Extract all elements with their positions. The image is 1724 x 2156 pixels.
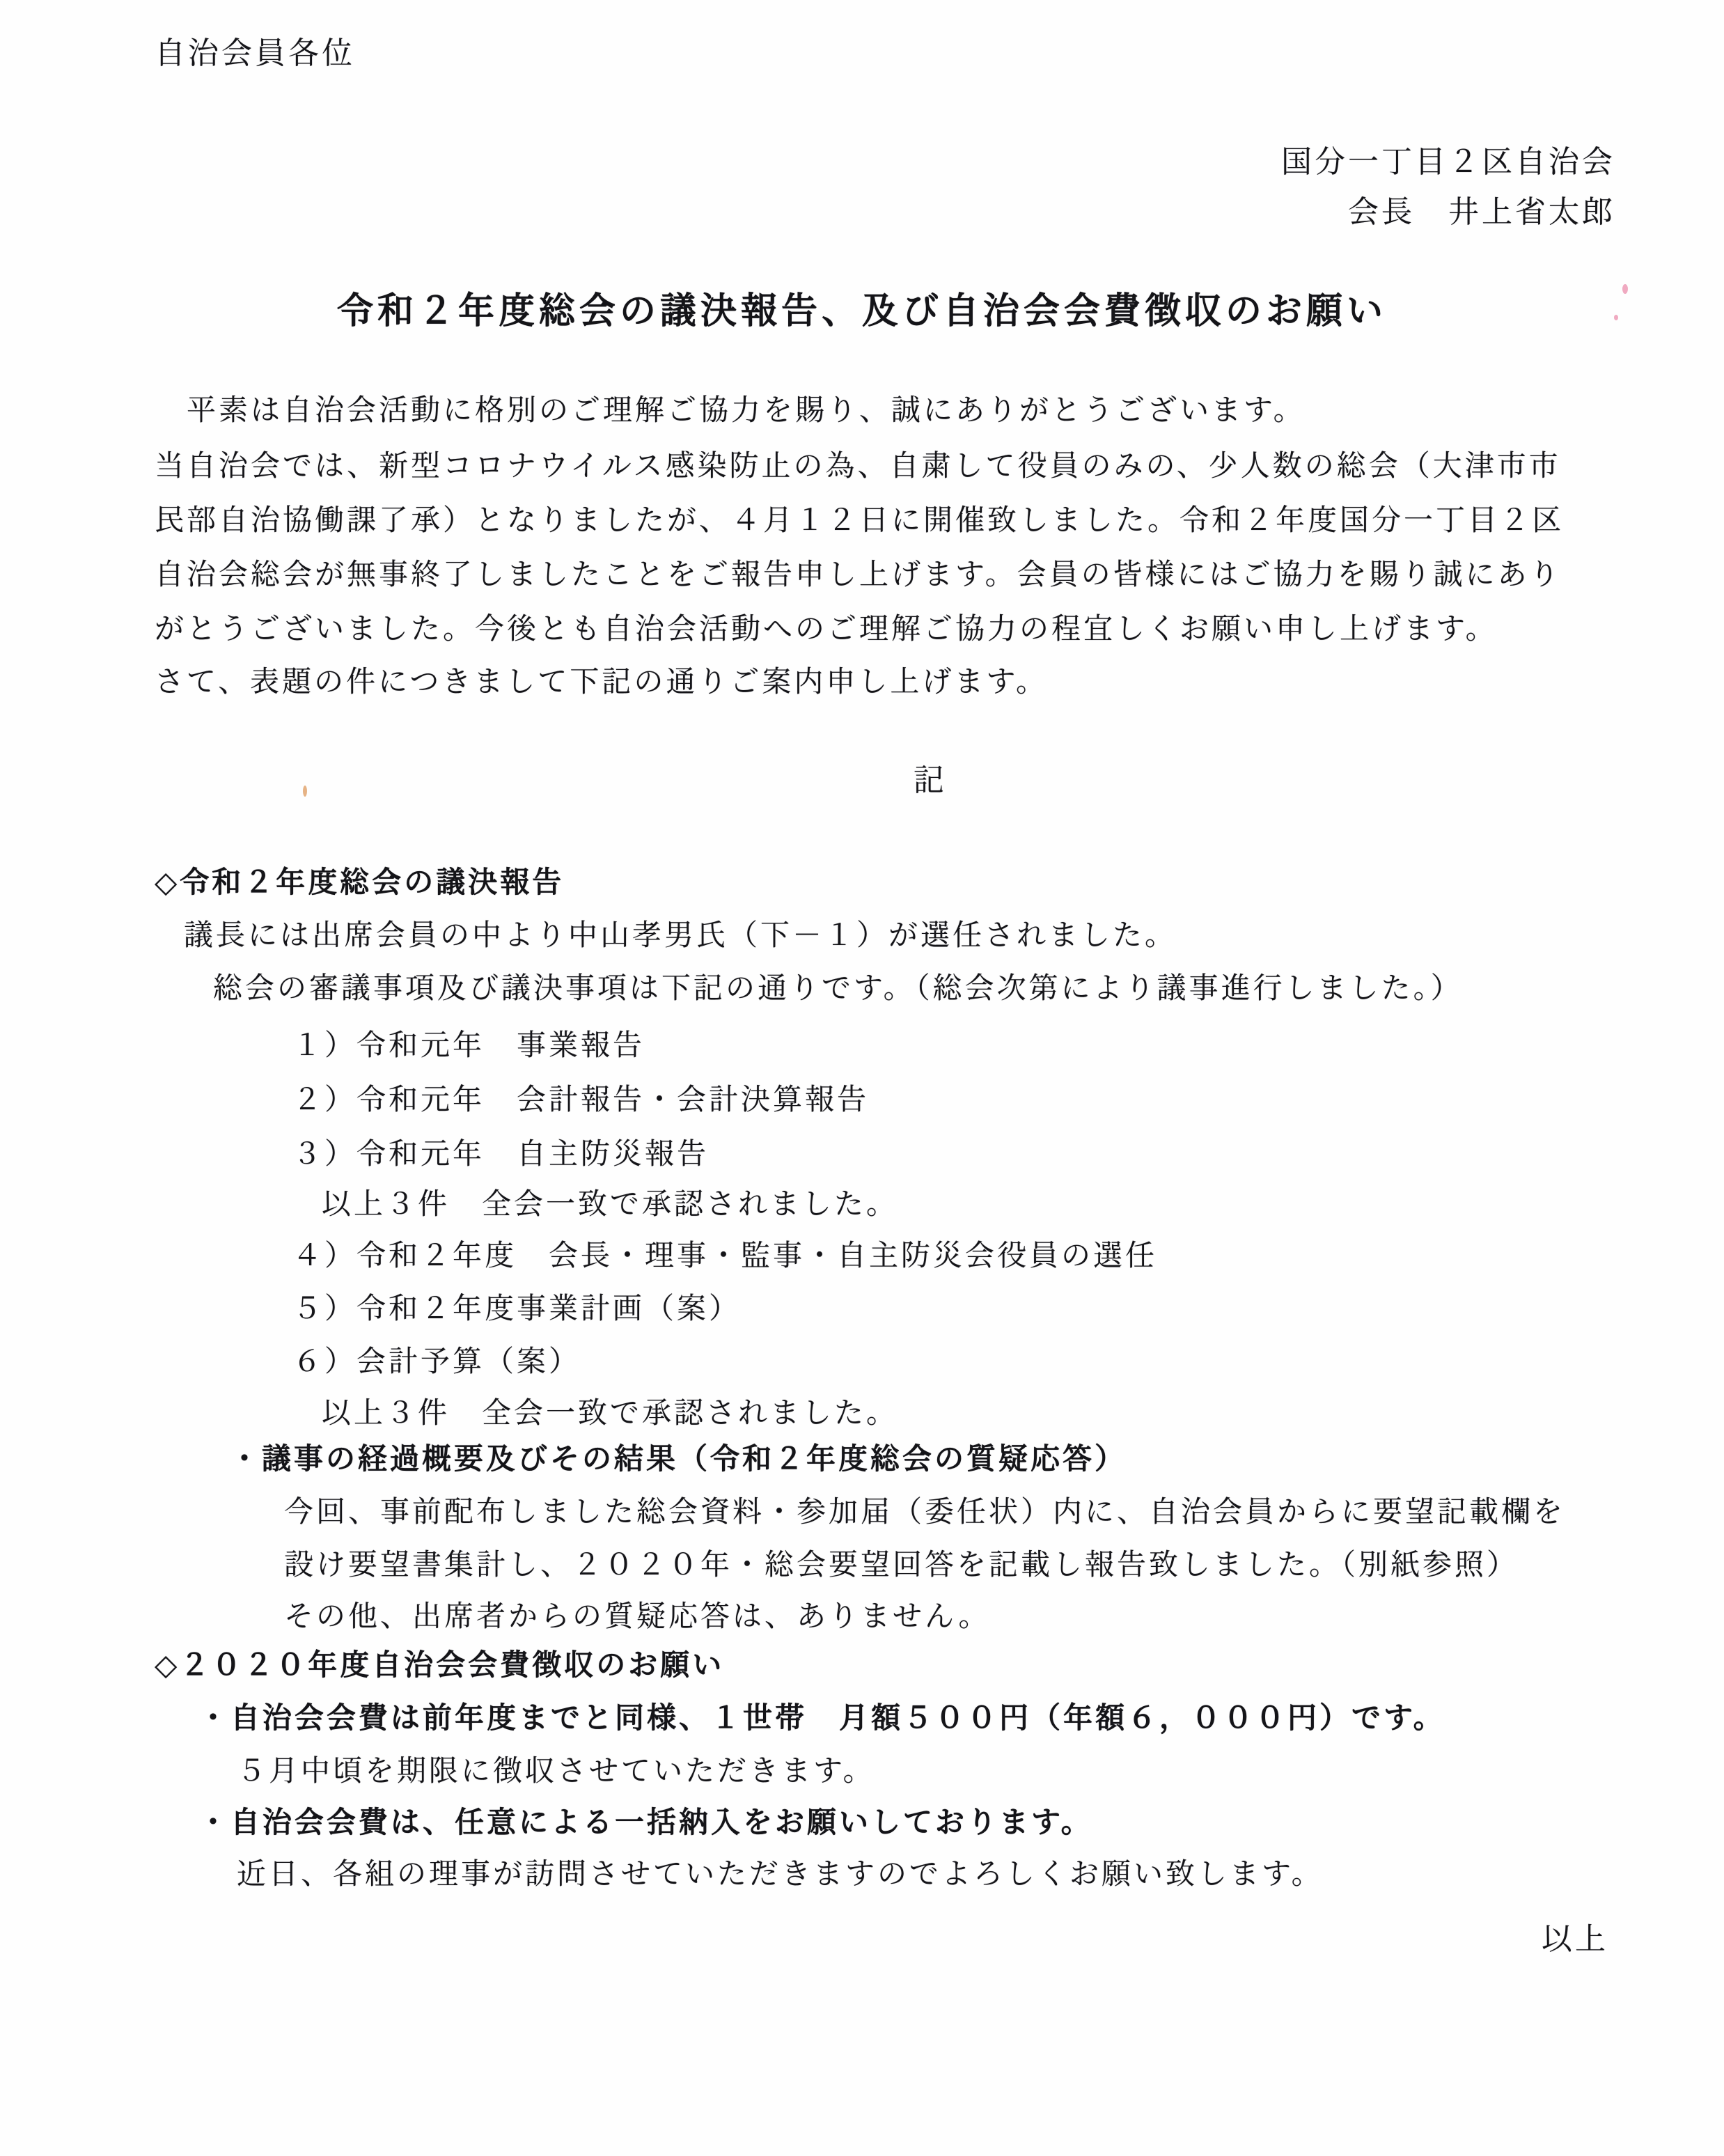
approval-statement: 以上３件 全会一致で承認されました。 — [322, 1397, 898, 1430]
intro-line: 当自治会では、新型コロナウイルス感染防止の為、自粛して役員のみの、少人数の総会（… — [155, 450, 1561, 483]
agenda-intro-line: 総会の審議事項及び議決事項は下記の通りです。（総会次第により議事進行しました。） — [213, 972, 1463, 1006]
intro-line: 平素は自治会活動に格別のご理解ご協力を賜り、誠にありがとうございます。 — [155, 394, 1306, 428]
proceedings-line: その他、出席者からの質疑応答は、ありません。 — [284, 1600, 991, 1634]
document-title: 令和２年度総会の議決報告、及び自治会会費徴収のお願い — [0, 291, 1724, 333]
intro-line: 民部自治協働課了承）となりましたが、４月１２日に開催致しました。令和２年度国分一… — [155, 504, 1564, 538]
record-marker: 記 — [914, 763, 947, 799]
fee-line: ・自治会会費は、任意による一括納入をお願いしております。 — [198, 1806, 1093, 1840]
intro-line: さて、表題の件につきまして下記の通りご案内申し上げます。 — [155, 666, 1048, 699]
chair-appointment-line: 議長には出席会員の中より中山孝男氏（下－１）が選任されました。 — [184, 919, 1177, 953]
resolution-section-heading: ◇令和２年度総会の議決報告 — [155, 866, 564, 900]
intro-line: がとうございました。今後とも自治会活動へのご理解ご協力の程宜しくお願い申し上げま… — [155, 613, 1498, 646]
fee-line: 近日、各組の理事が訪問させていただきますのでよろしくお願い致します。 — [237, 1858, 1324, 1891]
scanned-letter-page: 自治会員各位 国分一丁目２区自治会 会長 井上省太郎 令和２年度総会の議決報告、… — [0, 0, 1724, 2156]
agenda-item: ３）令和元年 自主防災報告 — [292, 1138, 709, 1171]
proceedings-heading: ・議事の経過概要及びその結果（令和２年度総会の質疑応答） — [230, 1443, 1127, 1476]
agenda-item: １）令和元年 事業報告 — [292, 1029, 645, 1063]
agenda-item: ５）令和２年度事業計画（案） — [292, 1292, 741, 1326]
approval-statement: 以上３件 全会一致で承認されました。 — [322, 1188, 898, 1221]
sender-president: 会長 井上省太郎 — [1348, 195, 1615, 231]
proceedings-line: 今回、事前配布しました総会資料・参加届（委任状）内に、自治会員からに要望記載欄を — [284, 1496, 1565, 1529]
proceedings-line: 設け要望書集計し、２０２０年・総会要望回答を記載し報告致しました。（別紙参照） — [284, 1549, 1519, 1582]
agenda-item: ４）令和２年度 会長・理事・監事・自主防災会役員の選任 — [292, 1240, 1157, 1273]
closing-marker: 以上 — [1542, 1922, 1608, 1958]
intro-line: 自治会総会が無事終了しましたことをご報告申し上げます。会員の皆様にはご協力を賜り… — [155, 558, 1562, 592]
scan-artifact — [303, 786, 307, 797]
fee-section-heading: ◇２０２０年度自治会会費徴収のお願い — [155, 1649, 724, 1682]
fee-line: ・自治会会費は前年度までと同様、１世帯 月額５００円（年額６，０００円）です。 — [198, 1702, 1445, 1735]
agenda-item: ６）会計予算（案） — [292, 1345, 581, 1379]
scan-artifact — [1622, 284, 1628, 294]
scan-artifact — [1614, 315, 1618, 320]
fee-line: ５月中頃を期限に徴収させていただきます。 — [237, 1755, 875, 1788]
recipient-line: 自治会員各位 — [155, 36, 355, 72]
agenda-item: ２）令和元年 会計報告・会計決算報告 — [292, 1084, 869, 1117]
sender-organization: 国分一丁目２区自治会 — [1281, 145, 1615, 180]
